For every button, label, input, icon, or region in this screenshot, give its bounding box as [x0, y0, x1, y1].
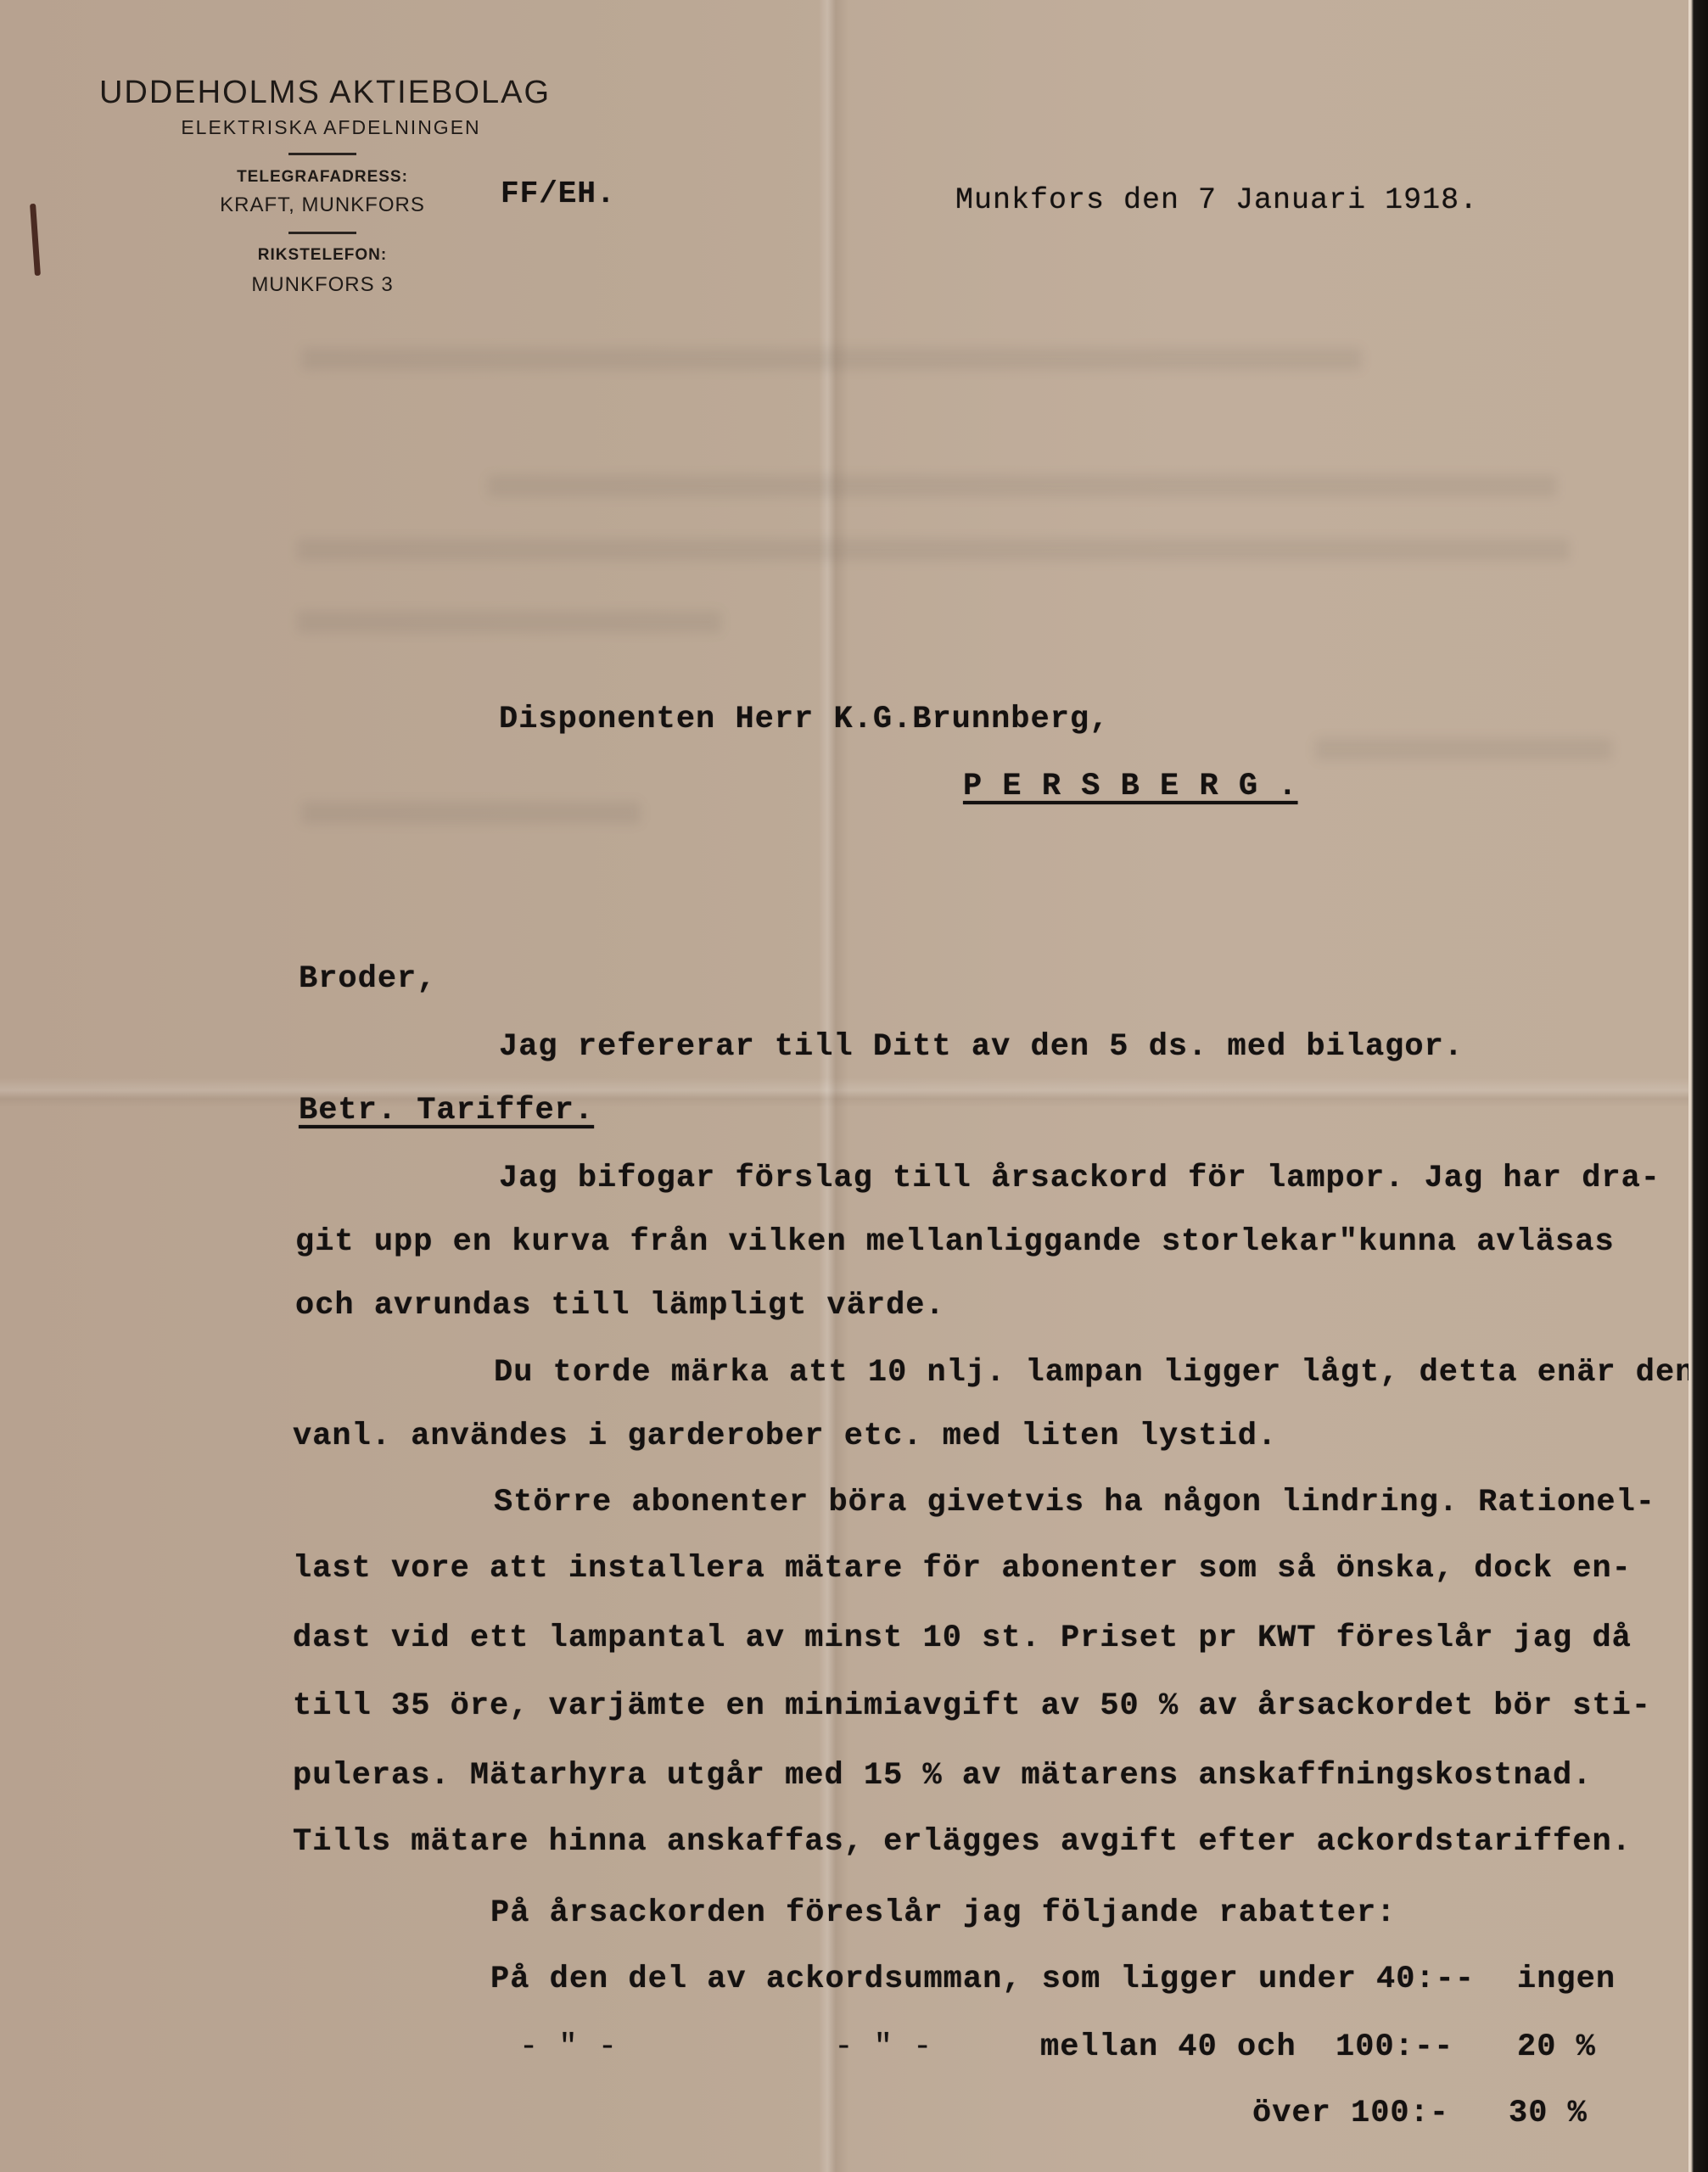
company-name: UDDEHOLMS AKTIEBOLAG: [75, 75, 575, 111]
phone-label: RIKSTELEFON:: [195, 246, 450, 265]
background-edge: [1688, 0, 1708, 2172]
recipient-name: Disponenten Herr K.G.Brunnberg,: [499, 702, 1109, 737]
rebate-row-rate: ingen: [1517, 1962, 1616, 1997]
ink-mark: [30, 204, 41, 276]
body-line: Tills mätare hinna anskaffas, erlägges a…: [293, 1824, 1632, 1860]
body-line: dast vid ett lampantal av minst 10 st. P…: [293, 1621, 1632, 1656]
telegraph-label: TELEGRAFADRESS:: [195, 168, 450, 187]
letterhead-divider: [288, 232, 356, 234]
body-line: och avrundas till lämpligt värde.: [295, 1288, 945, 1324]
rebate-row-range: 40:--: [1376, 1962, 1475, 1997]
bleed-through-text: [488, 475, 1557, 497]
reference-code: FF/EH.: [501, 176, 616, 211]
rebates-intro: På årsackorden föreslår jag följande rab…: [490, 1895, 1396, 1931]
body-line: Du torde märka att 10 nlj. lampan ligger…: [494, 1355, 1694, 1391]
body-line: git upp en kurva från vilken mellanligga…: [295, 1224, 1615, 1260]
rebate-row-prefix: På den del av ackordsumman, som ligger u…: [490, 1962, 1357, 1997]
bleed-through-text: [301, 348, 1362, 370]
bleed-through-text: [297, 539, 1570, 561]
opening-line: Jag refererar till Ditt av den 5 ds. med…: [499, 1029, 1464, 1065]
body-line: last vore att installera mätare för abon…: [293, 1551, 1632, 1587]
recipient-place: P E R S B E R G .: [963, 769, 1297, 804]
letter-paper: UDDEHOLMS AKTIEBOLAG ELEKTRISKA AFDELNIN…: [0, 0, 1694, 2172]
body-line: vanl. användes i garderober etc. med lit…: [293, 1419, 1277, 1454]
rebate-row-rate: 20 %: [1517, 2029, 1596, 2065]
rebate-row-range: mellan 40 och 100:--: [1040, 2029, 1453, 2065]
rebate-row-prefix: - " - - " -: [519, 2029, 932, 2065]
bleed-through-text: [297, 611, 721, 633]
letterhead-divider: [288, 153, 356, 155]
department-name: ELEKTRISKA AFDELNINGEN: [119, 116, 543, 139]
subject-line: Betr. Tariffer.: [299, 1093, 594, 1128]
bleed-through-text: [301, 802, 641, 824]
rebate-row-rate: 30 %: [1509, 2096, 1588, 2131]
telegraph-address: KRAFT, MUNKFORS: [187, 193, 458, 217]
body-line: Större abonenter böra givetvis ha någon …: [494, 1485, 1655, 1520]
bleed-through-text: [1315, 738, 1612, 760]
rebate-row-range: över 100:-: [1252, 2096, 1449, 2131]
salutation: Broder,: [299, 961, 436, 997]
body-line: Jag bifogar förslag till årsackord för l…: [499, 1161, 1660, 1196]
date-line: Munkfors den 7 Januari 1918.: [955, 183, 1478, 217]
phone-number: MUNKFORS 3: [195, 273, 450, 297]
body-line: till 35 öre, varjämte en minimiavgift av…: [293, 1688, 1651, 1724]
body-line: puleras. Mätarhyra utgår med 15 % av mät…: [293, 1758, 1592, 1794]
